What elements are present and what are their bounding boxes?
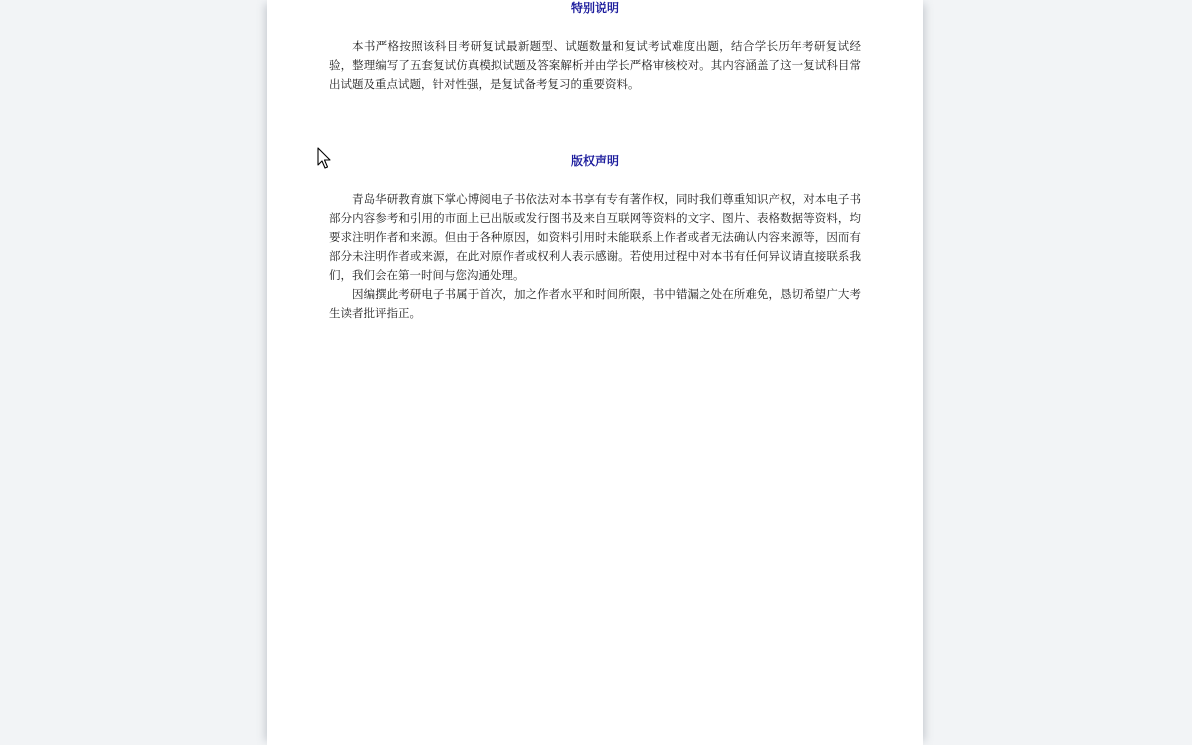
copyright-body: 青岛华研教育旗下掌心博阅电子书依法对本书享有专有著作权，同时我们尊重知识产权，对… [329, 190, 861, 323]
copyright-paragraph-2: 因编撰此考研电子书属于首次，加之作者水平和时间所限，书中错漏之处在所难免，恳切希… [329, 285, 861, 323]
document-page: 特别说明 本书严格按照该科目考研复试最新题型、试题数量和复试考试难度出题，结合学… [267, 0, 923, 745]
document-viewer[interactable]: 特别说明 本书严格按照该科目考研复试最新题型、试题数量和复试考试难度出题，结合学… [0, 0, 1192, 745]
special-notice-paragraph: 本书严格按照该科目考研复试最新题型、试题数量和复试考试难度出题，结合学长历年考研… [329, 37, 861, 94]
section-heading-copyright: 版权声明 [267, 153, 923, 169]
copyright-paragraph-1: 青岛华研教育旗下掌心博阅电子书依法对本书享有专有著作权，同时我们尊重知识产权，对… [329, 190, 861, 285]
arrow-pointer-icon [317, 147, 333, 171]
section-heading-special-notice: 特别说明 [267, 0, 923, 16]
special-notice-body: 本书严格按照该科目考研复试最新题型、试题数量和复试考试难度出题，结合学长历年考研… [329, 37, 861, 94]
